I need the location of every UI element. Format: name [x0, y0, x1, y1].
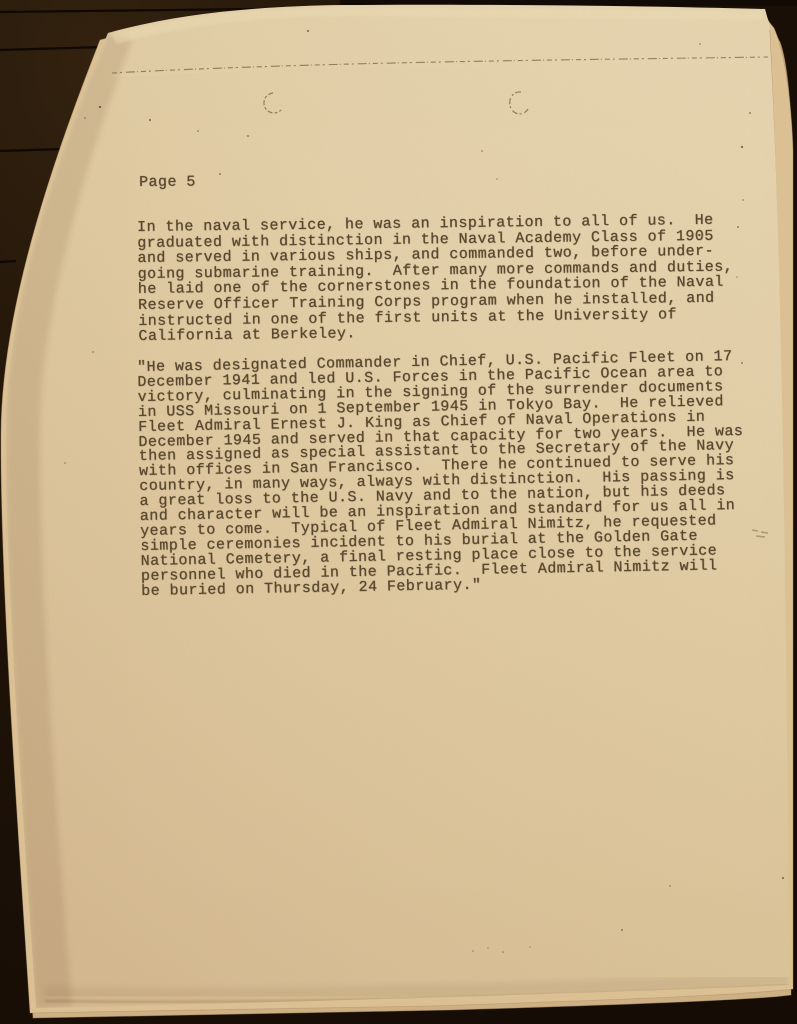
paragraph-nimitz-eulogy-quote: "He was designated Commander in Chief, U… [137, 350, 746, 600]
scanned-document-photo: Page 5 In the naval service, he was an i… [0, 0, 797, 1024]
paragraph-naval-service: In the naval service, he was an inspirat… [137, 213, 734, 345]
page-number-label: Page 5 [139, 175, 196, 191]
